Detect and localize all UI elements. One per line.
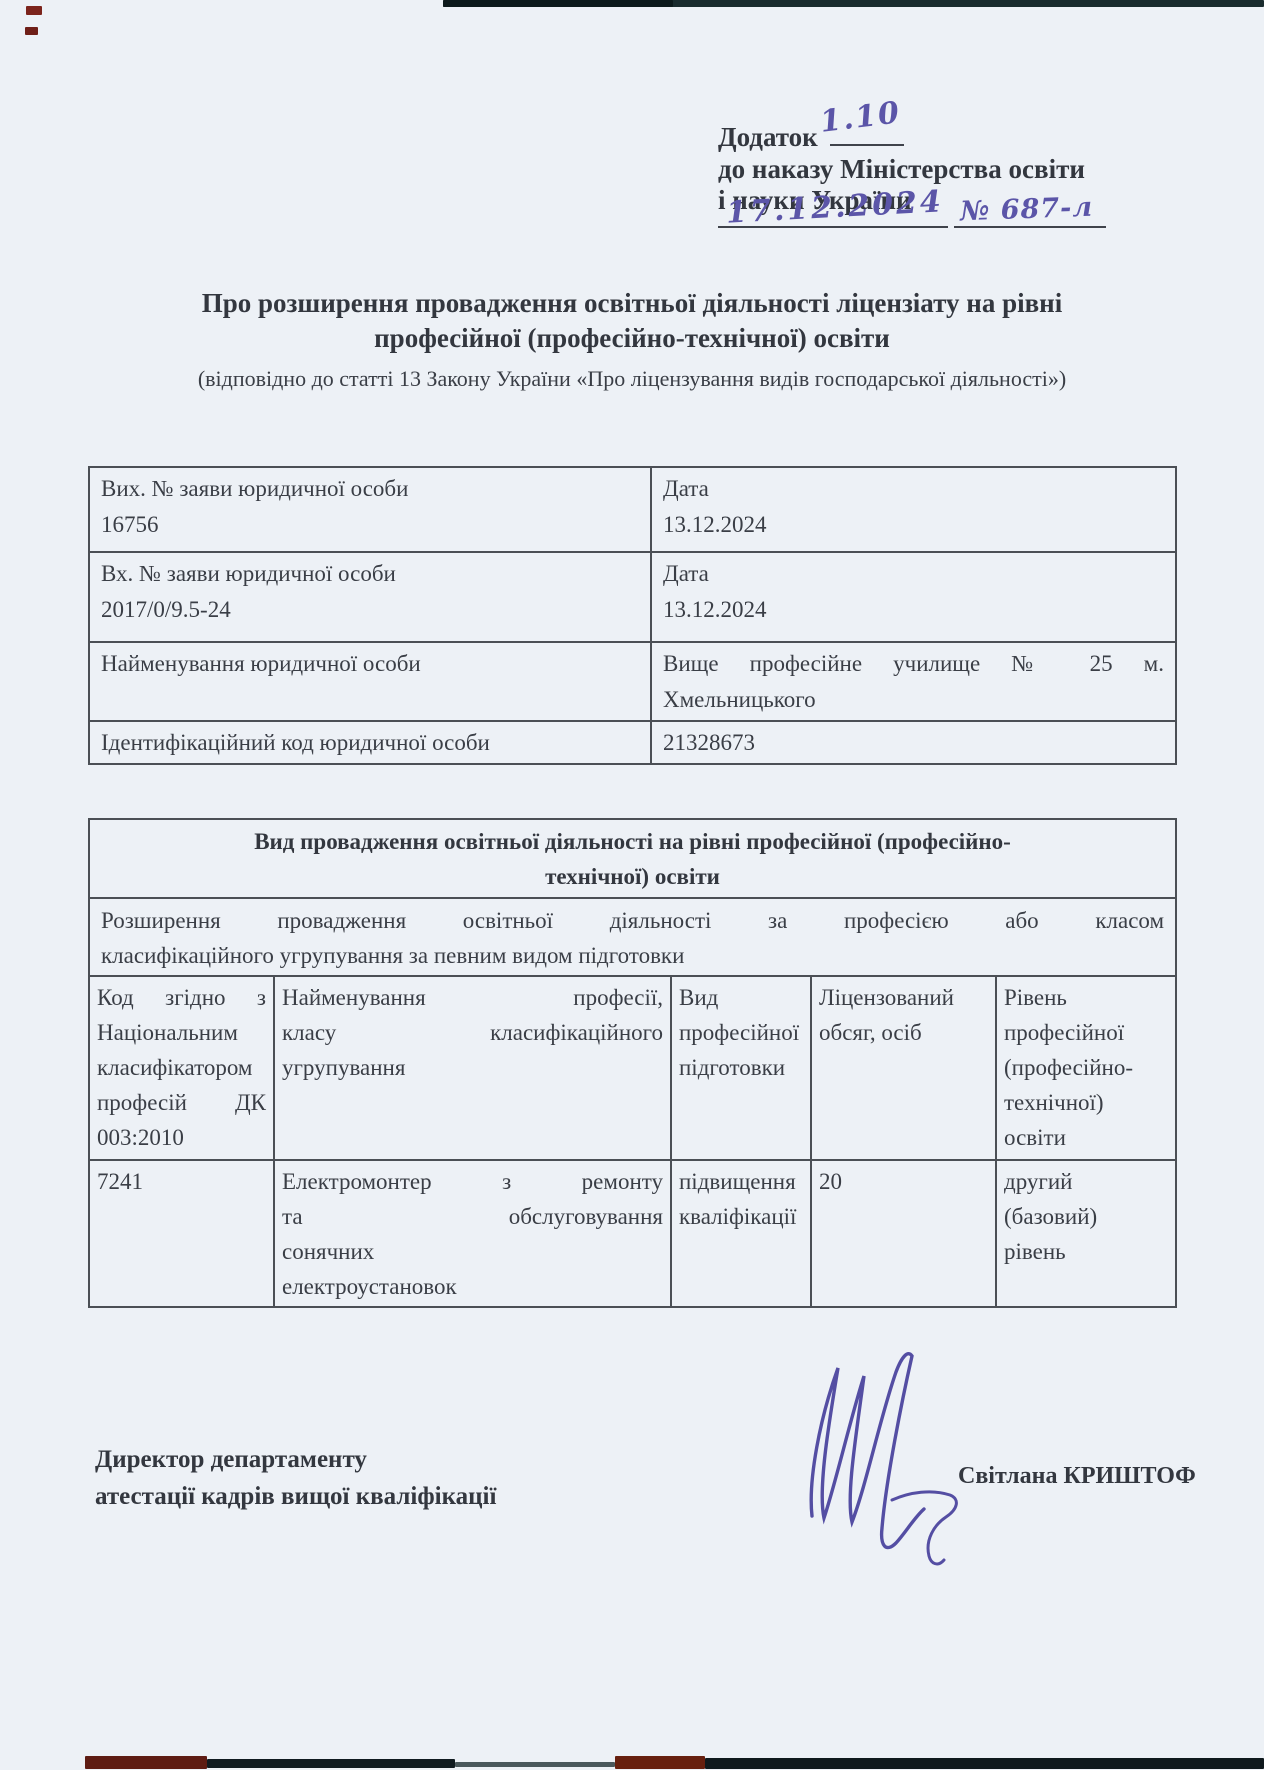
incoming-date-label: Дата	[663, 556, 1164, 592]
entity-code-value: 21328673	[663, 725, 1164, 761]
col-header-education-level-line: професійної	[1004, 1015, 1168, 1050]
order-number-handwritten: № 687-л	[959, 192, 1093, 228]
outgoing-date-label: Дата	[663, 471, 1164, 507]
training-type-line: кваліфікації	[679, 1199, 803, 1234]
cell-entity-name-label: Найменування юридичної особи	[89, 642, 651, 721]
cell-license-table-subtitle: Розширення провадження освітньої діяльно…	[89, 898, 1176, 976]
col-header-training-type-line: професійної	[679, 1015, 803, 1050]
col-header-profession-line: класу класифікаційного	[282, 1015, 663, 1050]
cell-education-level: другий (базовий) рівень	[996, 1160, 1176, 1307]
col-header-education-level-line: освіти	[1004, 1120, 1168, 1155]
col-header-code-line: Національним	[97, 1015, 266, 1050]
license-table-title-row: Вид провадження освітньої діяльності на …	[89, 819, 1176, 898]
incoming-date-value: 13.12.2024	[663, 592, 1164, 628]
profession-name-line: та обслуговування	[282, 1199, 663, 1234]
info-table-row-entity-name: Найменування юридичної особи Вище профес…	[89, 642, 1176, 721]
col-header-profession: Найменування професії, класу класифікаці…	[274, 976, 671, 1160]
outgoing-number-value: 16756	[101, 507, 639, 543]
scan-artifact-bottom-red-mid	[615, 1756, 705, 1769]
license-table-subtitle-row: Розширення провадження освітньої діяльно…	[89, 898, 1176, 976]
entity-name-value-line-2: Хмельницького	[663, 682, 1164, 718]
profession-code-value: 7241	[97, 1164, 266, 1199]
scanned-document-page: { "header_block": { "appendix_label": "Д…	[0, 0, 1264, 1770]
document-title-line-2: професійної (професійно-технічної) освіт…	[0, 321, 1264, 356]
education-level-line: (базовий)	[1004, 1199, 1168, 1234]
col-header-licensed-volume: Ліцензований обсяг, осіб	[811, 976, 996, 1160]
license-table-header-row: Код згідно з Національним класифікатором…	[89, 976, 1176, 1160]
education-level-line: другий	[1004, 1164, 1168, 1199]
document-title: Про розширення провадження освітньої дія…	[0, 286, 1264, 356]
cell-license-table-title: Вид провадження освітньої діяльності на …	[89, 819, 1176, 898]
scan-artifact-top-bar-dark	[443, 0, 673, 7]
cell-incoming-date: Дата 13.12.2024	[651, 552, 1176, 642]
info-table-row-incoming: Вх. № заяви юридичної особи 2017/0/9.5-2…	[89, 552, 1176, 642]
signature	[772, 1348, 987, 1573]
col-header-training-type: Вид професійної підготовки	[671, 976, 811, 1160]
outgoing-number-label: Вих. № заяви юридичної особи	[101, 471, 639, 507]
col-header-code-line: класифікатором	[97, 1050, 266, 1085]
license-table-title-line-2: технічної) освіти	[101, 859, 1164, 894]
scan-artifact-top-left-mark-1	[26, 6, 42, 15]
scan-artifact-bottom-bar-right	[705, 1758, 1264, 1769]
col-header-education-level: Рівень професійної (професійно- технічно…	[996, 976, 1176, 1160]
profession-name-line: Електромонтер з ремонту	[282, 1164, 663, 1199]
incoming-number-label: Вх. № заяви юридичної особи	[101, 556, 639, 592]
entity-code-label: Ідентифікаційний код юридичної особи	[101, 725, 639, 761]
education-level-line: рівень	[1004, 1234, 1168, 1269]
col-header-profession-line: угрупування	[282, 1050, 663, 1085]
col-header-education-level-line: технічної)	[1004, 1085, 1168, 1120]
col-header-education-level-line: Рівень	[1004, 980, 1168, 1015]
cell-incoming-number: Вх. № заяви юридичної особи 2017/0/9.5-2…	[89, 552, 651, 642]
license-table-data-row: 7241 Електромонтер з ремонту та обслугов…	[89, 1160, 1176, 1307]
cell-entity-code-label: Ідентифікаційний код юридичної особи	[89, 721, 651, 764]
scan-artifact-top-left-mark-2	[25, 27, 38, 35]
number-underline	[954, 226, 1106, 228]
appendix-header-block: Додаток 1.10 до наказу Міністерства осві…	[718, 118, 1178, 260]
cell-profession-code: 7241	[89, 1160, 274, 1307]
scan-artifact-bottom-bar-mid	[455, 1762, 615, 1767]
col-header-profession-line: Найменування професії,	[282, 980, 663, 1015]
document-subtitle: (відповідно до статті 13 Закону України …	[0, 366, 1264, 392]
cell-profession-name: Електромонтер з ремонту та обслуговуванн…	[274, 1160, 671, 1307]
scan-artifact-bottom-bar-left	[207, 1759, 455, 1768]
ministry-line-1: до наказу Міністерства освіти	[718, 154, 1178, 185]
signer-position-line-1: Директор департаменту	[95, 1441, 496, 1478]
incoming-number-value: 2017/0/9.5-24	[101, 592, 639, 628]
col-header-licensed-volume-line: Ліцензований	[819, 980, 988, 1015]
col-header-code: Код згідно з Національним класифікатором…	[89, 976, 274, 1160]
info-table: Вих. № заяви юридичної особи 16756 Дата …	[88, 466, 1177, 765]
signer-position: Директор департаменту атестації кадрів в…	[95, 1441, 496, 1515]
col-header-education-level-line: (професійно-	[1004, 1050, 1168, 1085]
cell-entity-code-value: 21328673	[651, 721, 1176, 764]
cell-licensed-volume: 20	[811, 1160, 996, 1307]
info-table-row-entity-code: Ідентифікаційний код юридичної особи 213…	[89, 721, 1176, 764]
license-table-title-line-1: Вид провадження освітньої діяльності на …	[101, 824, 1164, 859]
license-table: Вид провадження освітньої діяльності на …	[88, 818, 1177, 1308]
signer-position-line-2: атестації кадрів вищої кваліфікації	[95, 1478, 496, 1515]
cell-entity-name-value: Вище професійне училище № 25 м. Хмельниц…	[651, 642, 1176, 721]
license-table-subtitle-line-1: Розширення провадження освітньої діяльно…	[101, 903, 1164, 938]
col-header-licensed-volume-line: обсяг, осіб	[819, 1015, 988, 1050]
entity-name-label: Найменування юридичної особи	[101, 646, 639, 682]
cell-outgoing-number: Вих. № заяви юридичної особи 16756	[89, 467, 651, 552]
col-header-code-line: Код згідно з	[97, 980, 266, 1015]
profession-name-line: сонячних	[282, 1234, 663, 1269]
training-type-line: підвищення	[679, 1164, 803, 1199]
info-table-row-outgoing: Вих. № заяви юридичної особи 16756 Дата …	[89, 467, 1176, 552]
date-underline	[718, 226, 948, 228]
signer-name: Світлана КРИШТОФ	[958, 1463, 1196, 1490]
col-header-training-type-line: Вид	[679, 980, 803, 1015]
document-title-line-1: Про розширення провадження освітньої дія…	[0, 286, 1264, 321]
profession-name-line: електроустановок	[282, 1269, 663, 1304]
cell-outgoing-date: Дата 13.12.2024	[651, 467, 1176, 552]
scan-artifact-bottom-red-left	[85, 1756, 207, 1769]
license-table-subtitle-line-2: класифікаційного угрупування за певним в…	[101, 938, 1164, 973]
outgoing-date-value: 13.12.2024	[663, 507, 1164, 543]
col-header-training-type-line: підготовки	[679, 1050, 803, 1085]
cell-training-type: підвищення кваліфікації	[671, 1160, 811, 1307]
col-header-code-line: професій ДК	[97, 1085, 266, 1120]
licensed-volume-value: 20	[819, 1164, 988, 1199]
col-header-code-line: 003:2010	[97, 1120, 266, 1155]
appendix-label: Додаток	[718, 122, 818, 152]
entity-name-value-line-1: Вище професійне училище № 25 м.	[663, 646, 1164, 682]
